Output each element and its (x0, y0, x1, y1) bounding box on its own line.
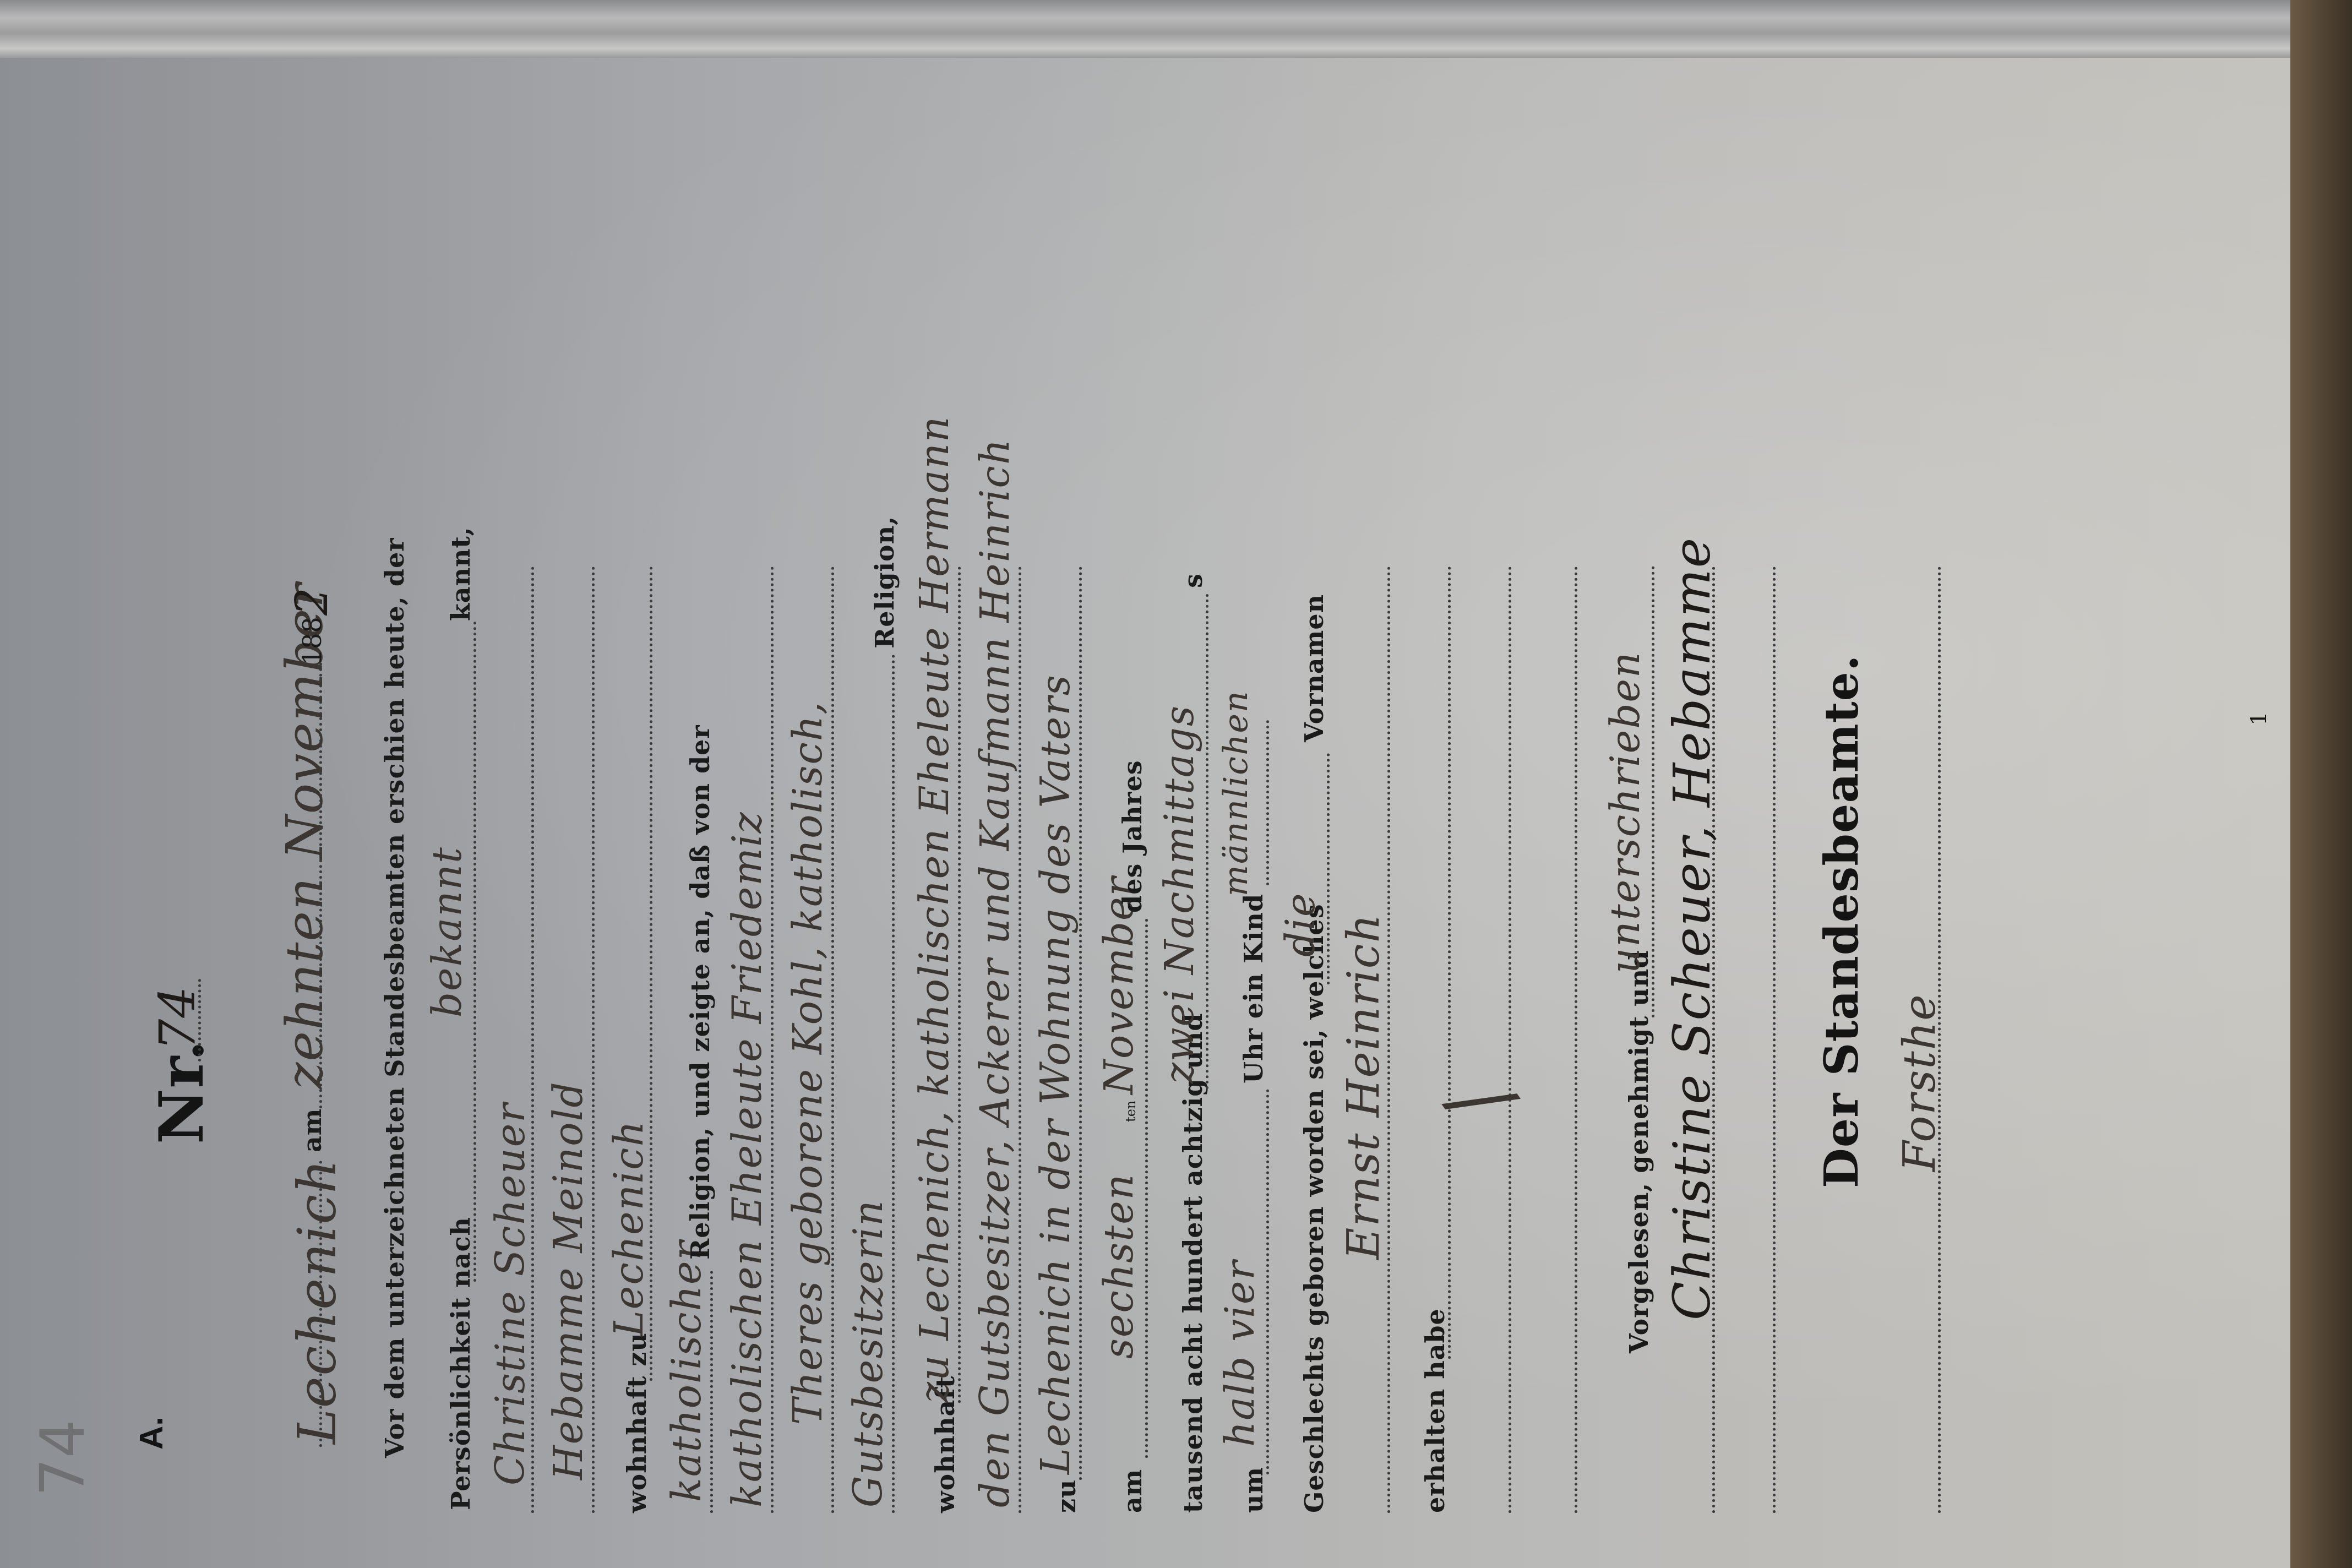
form-letter: A. (132, 1417, 170, 1450)
place-handwritten: Lechenich (286, 1158, 348, 1444)
parents-handwritten-1: katholischen Eheleute Friedemiz (724, 811, 770, 1507)
registrar-title: Der Standesbeamte. (1814, 655, 1869, 1188)
birth-date-label: am (1118, 1469, 1147, 1513)
rotated-document: 74 A. Nr. 74 Lechenich am zehnten Novemb… (0, 0, 2352, 1568)
religion-line (710, 1271, 713, 1513)
intro-line: Vor dem unterzeichneten Standesbeamten e… (380, 537, 410, 1458)
read-approved-line (1652, 566, 1654, 1017)
pronoun-line (1327, 753, 1330, 984)
received-line (1448, 566, 1451, 1359)
year-words-line (1206, 594, 1208, 1089)
mother-religion-handwritten: Gutsbesitzerin (845, 1199, 891, 1507)
year-prefix: 188 (297, 617, 327, 665)
informant-handwritten-2: Hebamme Meinold (545, 1081, 591, 1480)
registrar-signature: Forsthe (1894, 993, 1945, 1172)
religion-handwritten: katholischer (663, 1240, 710, 1502)
birth-day-line (1145, 918, 1148, 1458)
sex-handwritten: männlichen (1217, 690, 1255, 896)
religion-label: Religion, und zeigte an, daß von der (685, 725, 715, 1260)
entry-number-line (198, 979, 201, 1061)
pencil-folio-number: 74 (28, 1419, 98, 1496)
identity-label: Persönlichkeit nach (446, 1217, 476, 1510)
birthplace-handwritten: Lechenich in der Wohnung des Vaters (1032, 674, 1079, 1474)
identity-handwritten: bekannt (424, 846, 470, 1017)
parents-residence-handwritten: zu Lechenich, katholischen Eheleute Herm… (911, 416, 957, 1403)
cancellation-stroke: / (1432, 1063, 1527, 1141)
parents-residence-line (958, 566, 961, 1403)
born-label: Geschlechts geboren worden sei, welches (1299, 903, 1329, 1513)
informant-handwritten-1: Christine Scheuer (487, 1102, 533, 1485)
year-words-label: tausend acht hundert achtzig und (1178, 1013, 1208, 1513)
extra-handwritten: den Gutsbesitzer, Ackerer und Kaufmann H… (972, 438, 1018, 1507)
birthplace-label: zu (1052, 1479, 1081, 1513)
place-line (319, 1161, 322, 1447)
time-line (1266, 1089, 1269, 1474)
child-label: Uhr ein Kind (1239, 894, 1268, 1084)
year-label: des Jahres (1118, 760, 1147, 913)
date-line (319, 662, 322, 1108)
read-approved-label: Vorgelesen, genehmigt und (1624, 950, 1654, 1353)
birth-day-handwritten: sechsten (1096, 1173, 1142, 1359)
parents-line-1 (771, 566, 774, 1513)
pronoun-handwritten: die (1277, 892, 1324, 957)
time-label: um (1239, 1467, 1268, 1513)
year-words-handwritten: zwei Nachmittags (1156, 705, 1202, 1084)
year-words-suffix: s (1178, 573, 1208, 588)
birthplace-line (1079, 566, 1082, 1480)
year-suffix: 2 (286, 586, 337, 616)
residence-label: wohnhaft zu (622, 1332, 652, 1513)
mother-religion-label: Religion, (870, 516, 900, 649)
residence-handwritten: Lechenich (606, 1120, 652, 1337)
identity-line (473, 621, 476, 1282)
identity-suffix: kannt, (446, 526, 476, 621)
informant-signature: Christine Scheuer, Hebamme (1663, 537, 1722, 1320)
given-names-label: Vornamen (1299, 594, 1329, 742)
page-number: 1 (2246, 712, 2272, 726)
sex-line (1266, 720, 1269, 885)
time-handwritten: halb vier (1217, 1260, 1263, 1447)
entry-number-label: Nr. (146, 1039, 217, 1144)
read-approved-handwritten: unterschrieben (1602, 651, 1648, 973)
blank-line-2 (1575, 566, 1577, 1513)
blank-line-1 (1509, 566, 1511, 1513)
given-names-handwritten: Ernst Heinrich (1338, 913, 1389, 1260)
informant-line-2 (592, 566, 595, 1513)
parents-line-2 (831, 566, 834, 1513)
blank-line-3 (1773, 566, 1776, 1513)
ordinal-suffix: ten (1123, 1101, 1139, 1122)
parents-handwritten-2: Theres geborene Kohl, katholisch, (785, 701, 831, 1425)
received-label: erhalten habe (1420, 1308, 1450, 1513)
am-label: am (297, 1108, 327, 1152)
extra-line (1019, 566, 1021, 1513)
mother-religion-line (892, 654, 895, 1513)
